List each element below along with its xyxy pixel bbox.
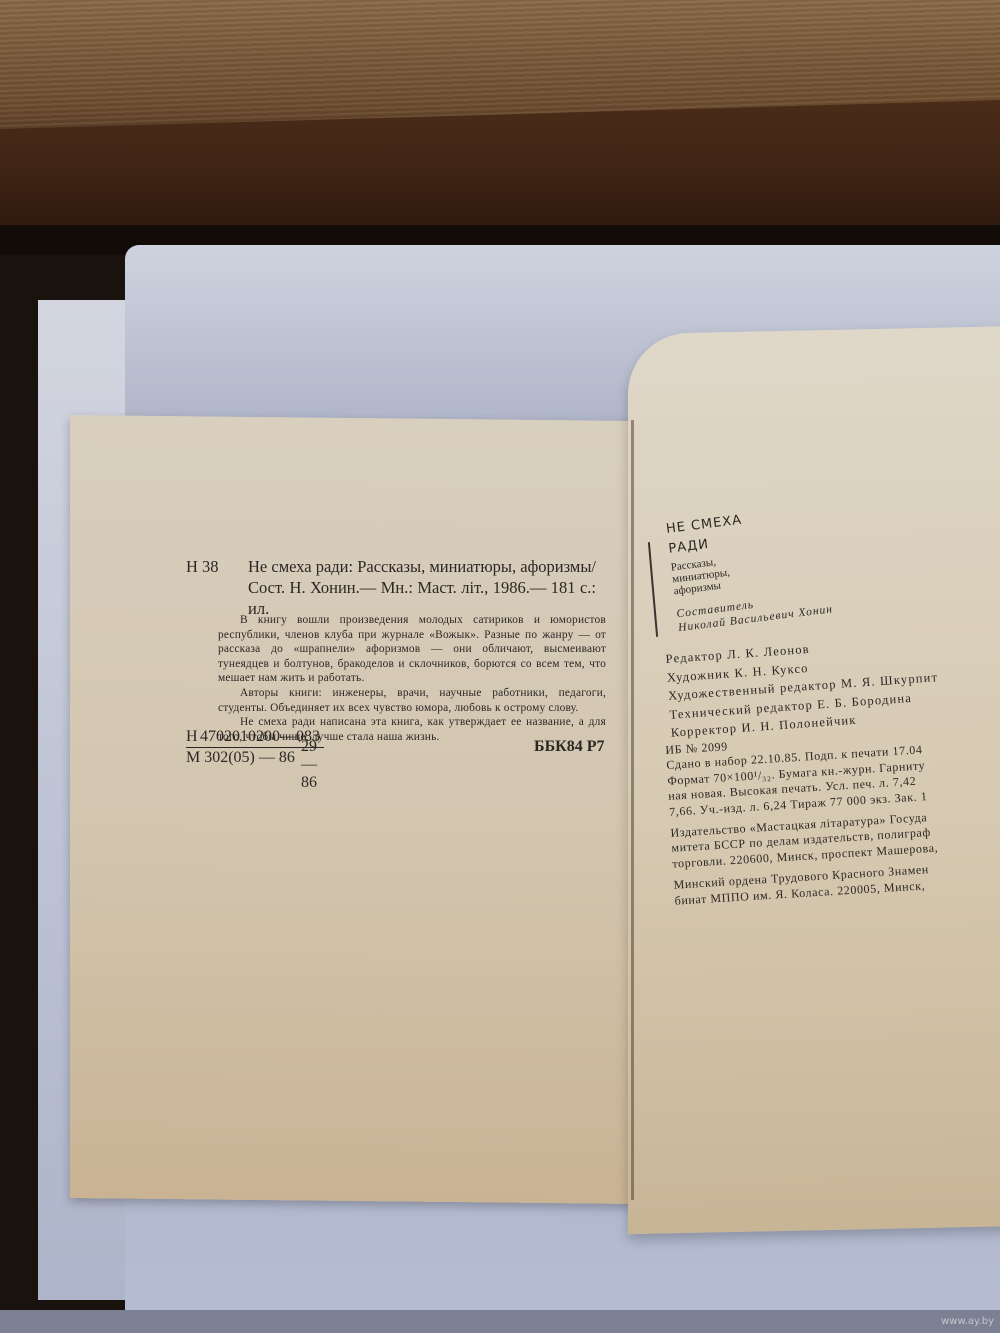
imprint: ИБ № 2099 Сдано в набор 22.10.85. Подп. … xyxy=(665,727,941,909)
bbk-code: ББК84 Р7 xyxy=(534,738,605,756)
publication-index: Н 4702010200—083 М 302(05) — 86 29—86 xyxy=(186,728,324,767)
bibliographic-text: Не смеха ради: Рассказы, миниатюры, афор… xyxy=(248,556,596,619)
catalog-code: Н 38 xyxy=(186,556,219,577)
book-left-page xyxy=(70,415,635,1204)
watermark: www.ay.by xyxy=(941,1316,994,1327)
index-mark: Н xyxy=(186,728,198,746)
index-suffix: 29—86 xyxy=(301,738,324,792)
annotation-paragraph: В книгу вошли произведения молодых сатир… xyxy=(218,613,606,686)
title-block: НЕ СМЕХА РАДИ Рассказы, миниатюры, афори… xyxy=(665,501,834,635)
annotation-paragraph: Авторы книги: инженеры, врачи, научные р… xyxy=(218,686,606,715)
book-spine xyxy=(631,420,634,1200)
credits: Редактор Л. К. Леонов Художник К. Н. Кук… xyxy=(665,631,941,743)
bibliographic-entry: Н 38 Не смеха ради: Рассказы, миниатюры,… xyxy=(186,556,596,619)
table-edge xyxy=(0,1310,1000,1333)
annotation: В книгу вошли произведения молодых сатир… xyxy=(218,613,606,744)
